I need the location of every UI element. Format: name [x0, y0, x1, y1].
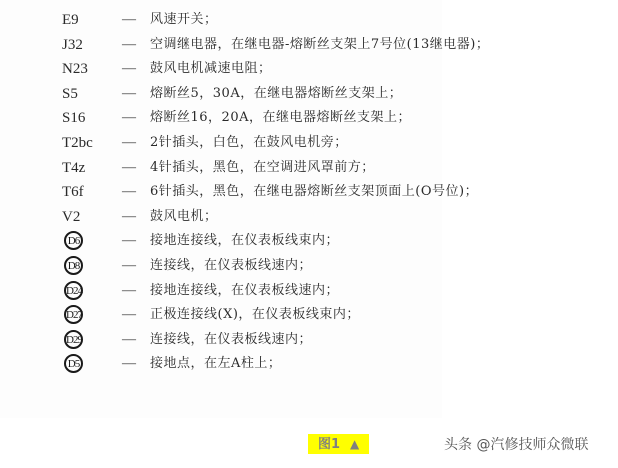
dash-separator: — — [122, 352, 138, 377]
component-description: 4针插头，黑色，在空调进风罩前方； — [150, 156, 375, 181]
circled-connector-code: D29 — [64, 330, 83, 349]
dash-separator: — — [122, 131, 138, 156]
component-code: J32 — [62, 33, 120, 58]
circled-connector-code: D27 — [64, 305, 83, 324]
dash-separator: — — [122, 303, 138, 328]
component-description: 连接线，在仪表板线速内； — [150, 328, 312, 353]
component-description: 接地点，在左A柱上； — [150, 352, 281, 377]
component-description: 接地连接线，在仪表板线速内； — [150, 279, 339, 304]
circled-connector-code: D24 — [64, 281, 83, 300]
component-description: 正极连接线(X)，在仪表板线束内； — [150, 303, 360, 328]
watermark: 头条 @汽修技师众微联 — [444, 435, 588, 455]
document-page: E9 — 风速开关； J32 — 空调继电器，在继电器-熔断丝支架上7号位(13… — [0, 0, 442, 418]
component-description: 空调继电器，在继电器-熔断丝支架上7号位(13继电器)； — [150, 33, 489, 58]
dash-separator: — — [122, 82, 138, 107]
component-code: T6f — [62, 180, 120, 205]
component-code: S16 — [62, 106, 120, 131]
circled-connector-code: D5 — [64, 354, 83, 373]
component-description: 熔断丝16，20A，在继电器熔断丝支架上； — [150, 106, 411, 131]
component-description: 6针插头，黑色，在继电器熔断丝支架顶面上(O号位)； — [150, 180, 478, 205]
component-code: T4z — [62, 156, 120, 181]
dash-separator: — — [122, 254, 138, 279]
component-code: N23 — [62, 57, 120, 82]
component-code: V2 — [62, 205, 120, 230]
component-description: 风速开关； — [150, 8, 218, 33]
triangle-up-icon: ▲ — [350, 437, 359, 451]
component-description: 鼓风电机减速电阻； — [150, 57, 272, 82]
dash-separator: — — [122, 205, 138, 230]
dash-separator: — — [122, 229, 138, 254]
dash-separator: — — [122, 106, 138, 131]
component-description: 鼓风电机； — [150, 205, 218, 230]
dash-separator: — — [122, 328, 138, 353]
component-code: T2bc — [62, 131, 120, 156]
dash-separator: — — [122, 33, 138, 58]
component-code: S5 — [62, 82, 120, 107]
component-description: 2针插头，白色，在鼓风电机旁； — [150, 131, 348, 156]
figure-caption: 图1▲ — [308, 434, 369, 454]
figure-label: 图1 — [318, 437, 340, 452]
dash-separator: — — [122, 57, 138, 82]
component-code: E9 — [62, 8, 120, 33]
circled-connector-code: D6 — [64, 231, 83, 250]
component-description: 熔断丝5，30A，在继电器熔断丝支架上； — [150, 82, 402, 107]
dash-separator: — — [122, 8, 138, 33]
dash-separator: — — [122, 279, 138, 304]
dash-separator: — — [122, 180, 138, 205]
dash-separator: — — [122, 156, 138, 181]
component-description: 接地连接线，在仪表板线束内； — [150, 229, 339, 254]
component-description: 连接线，在仪表板线速内； — [150, 254, 312, 279]
circled-connector-code: D8 — [64, 256, 83, 275]
